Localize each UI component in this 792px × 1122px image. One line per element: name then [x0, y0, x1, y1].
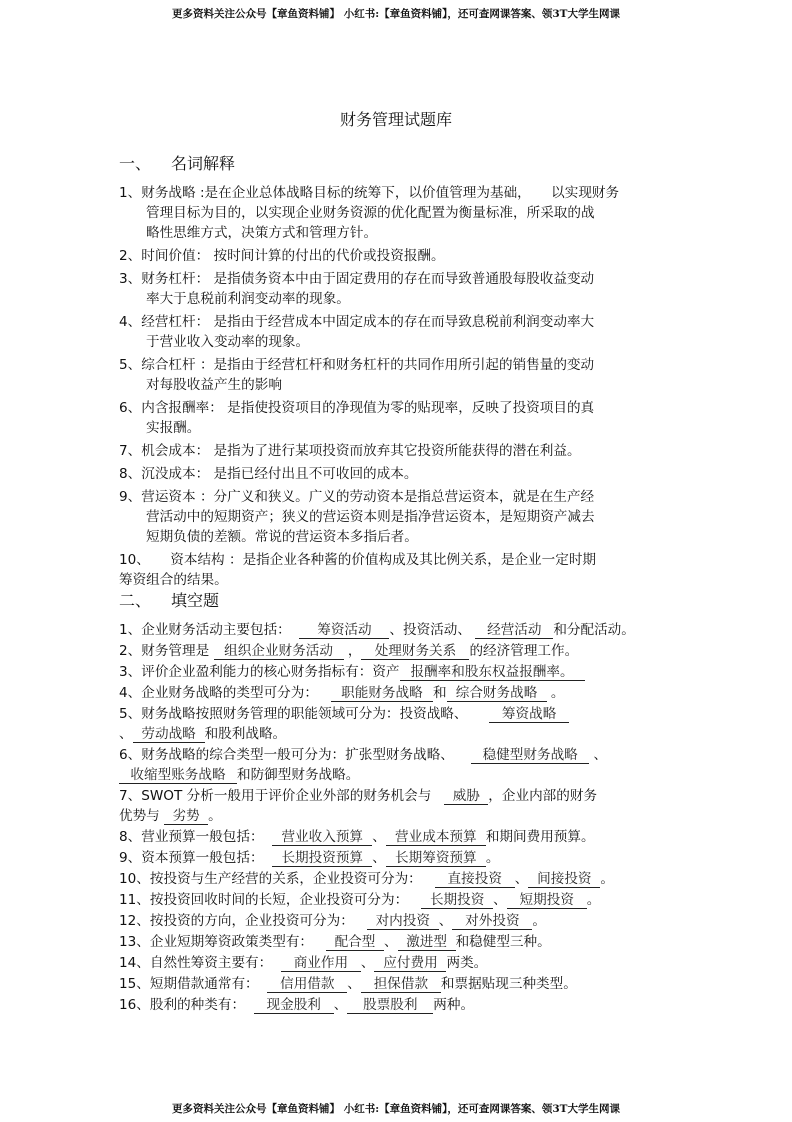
answer-blank: 组织企业财务活动 [214, 643, 344, 660]
question-text: 、 [493, 892, 507, 908]
question-text: ， [344, 643, 362, 659]
question-text: 、 [347, 976, 361, 992]
entry-line: 3、财务杠杆： 是指债务资本中由于固定费用的存在而导致普通股每股收益变动 [119, 269, 679, 289]
fill-blank-question: 10、按投资与生产经营的关系，企业投资可分为： 直接投资、间接投资。 [119, 869, 679, 889]
section-heading-terms: 一、名词解释 [119, 151, 235, 174]
question-text: 的经济管理工作。 [469, 643, 578, 659]
entry-line: 10、 资本结构 ：是指企业各种酱的价值构成及其比例关系，是企业一定时期 [119, 550, 679, 570]
question-text: 5、财务战略按照财务管理的职能领域可分为：投资战略、 [119, 706, 489, 722]
entry-continuation: 略性思维方式，决策方式和管理方针。 [119, 223, 679, 243]
entry-line: 7、机会成本： 是指为了进行某项投资而放弃其它投资所能获得的潜在利益。 [119, 441, 679, 461]
entry-continuation: 筹资组合的结果。 [119, 570, 679, 590]
question-text: 7、SWOT 分析一般用于评价企业外部的财务机会与 [119, 788, 444, 804]
fill-blank-question: 1、企业财务活动主要包括： 筹资活动、投资活动、 经营活动和分配活动。 [119, 620, 679, 640]
answer-blank: 职能财务战略 [331, 685, 433, 702]
fill-blank-question: 3、评价企业盈利能力的核心财务指标有：资产报酬率和股东权益报酬率。 [119, 662, 679, 682]
answer-blank: 营业成本预算 [386, 829, 486, 846]
question-text: 6、财务战略的综合类型一般可分为：扩张型财务战略、 [119, 747, 471, 763]
question-text: 10、按投资与生产经营的关系，企业投资可分为： [119, 871, 435, 887]
question-text: 13、企业短期筹资政策类型有： [119, 934, 326, 950]
question-line: 15、短期借款通常有： 信用借款、担保借款和票据贴现三种类型。 [119, 974, 679, 994]
term-entry: 8、沉没成本： 是指已经付出且不可收回的成本。 [119, 464, 679, 484]
term-entry: 3、财务杠杆： 是指债务资本中由于固定费用的存在而导致普通股每股收益变动率大于息… [119, 269, 679, 309]
question-text: 15、短期借款通常有： [119, 976, 267, 992]
question-continuation: 收缩型账务战略和防御型财务战略。 [119, 765, 679, 785]
entry-continuation: 营活动中的短期资产；狭义的营运资本则是指净营运资本，是短期资产减去 [119, 507, 679, 527]
answer-blank: 筹资战略 [489, 706, 569, 723]
entry-line: 9、营运资本 ：分广义和狭义。广义的劳动资本是指总营运资本，就是在生产经 [119, 487, 679, 507]
fill-blank-question: 7、SWOT 分析一般用于评价企业外部的财务机会与 威胁，企业内部的财务优势与 … [119, 786, 679, 826]
answer-blank: 短期投资 [507, 892, 587, 909]
term-entry: 5、综合杠杆 ：是指由于经营杠杆和财务杠杆的共同作用所引起的销售量的变动对每股收… [119, 355, 679, 395]
question-line: 10、按投资与生产经营的关系，企业投资可分为： 直接投资、间接投资。 [119, 869, 679, 889]
question-text: 16、股利的种类有： [119, 997, 254, 1013]
question-text: 8、营业预算一般包括： [119, 829, 272, 845]
question-line: 2、财务管理是 组织企业财务活动 ，处理财务关系的经济管理工作。 [119, 641, 679, 661]
question-text: 。 [208, 808, 222, 824]
entry-line: 6、内含报酬率： 是指使投资项目的净现值为零的贴现率，反映了投资项目的真 [119, 398, 679, 418]
question-text: 4、企业财务战略的类型可分为： [119, 685, 331, 701]
fill-blank-question: 11、按投资回收时间的长短，企业投资可分为： 长期投资、短期投资。 [119, 890, 679, 910]
answer-blank: 对内投资 [367, 913, 439, 930]
fill-blank-question: 13、企业短期筹资政策类型有： 配合型、激进型和稳健型三种。 [119, 932, 679, 952]
question-text: 9、资本预算一般包括： [119, 850, 272, 866]
question-text: 3、评价企业盈利能力的核心财务指标有：资产 [119, 664, 400, 680]
answer-blank: 劣势 [164, 808, 208, 825]
answer-blank: 处理财务关系 [361, 643, 469, 660]
question-line: 7、SWOT 分析一般用于评价企业外部的财务机会与 威胁，企业内部的财务 [119, 786, 679, 806]
section-label: 填空题 [171, 591, 219, 610]
answer-blank: 直接投资 [435, 871, 515, 888]
answer-blank: 报酬率和股东权益报酬率。 [400, 664, 585, 681]
answer-blank: 威胁 [444, 788, 488, 805]
question-text: 1、企业财务活动主要包括： [119, 622, 299, 638]
question-text: 、 [372, 829, 386, 845]
answer-blank: 信用借款 [267, 976, 347, 993]
question-text: 、 [334, 997, 348, 1013]
question-text: 和股利战略。 [205, 726, 287, 742]
answer-blank: 对外投资 [452, 913, 532, 930]
question-text: 和期间费用预算。 [486, 829, 595, 845]
question-line: 4、企业财务战略的类型可分为： 职能财务战略和综合财务战略 。 [119, 683, 679, 703]
question-text: 。 [532, 913, 546, 929]
answer-blank: 应付费用 [374, 955, 446, 972]
question-text: 12、按投资的方向，企业投资可分为： [119, 913, 367, 929]
term-entry: 4、经营杠杆： 是指由于经营成本中固定成本的存在而导致息税前利润变动率大于营业收… [119, 312, 679, 352]
entry-continuation: 率大于息税前利润变动率的现象。 [119, 289, 679, 309]
answer-blank: 稳健型财务战略 [471, 747, 589, 764]
question-text: 。 [587, 892, 601, 908]
question-text: 、 [361, 955, 375, 971]
term-entry: 10、 资本结构 ：是指企业各种酱的价值构成及其比例关系，是企业一定时期筹资组合… [119, 550, 679, 590]
question-text: 14、自然性筹资主要有： [119, 955, 281, 971]
term-entry: 7、机会成本： 是指为了进行某项投资而放弃其它投资所能获得的潜在利益。 [119, 441, 679, 461]
term-entry: 9、营运资本 ：分广义和狭义。广义的劳动资本是指总营运资本，就是在生产经营活动中… [119, 487, 679, 547]
answer-blank: 长期投资 [421, 892, 493, 909]
question-line: 13、企业短期筹资政策类型有： 配合型、激进型和稳健型三种。 [119, 932, 679, 952]
question-line: 11、按投资回收时间的长短，企业投资可分为： 长期投资、短期投资。 [119, 890, 679, 910]
question-line: 1、企业财务活动主要包括： 筹资活动、投资活动、 经营活动和分配活动。 [119, 620, 679, 640]
term-entry: 1、财务战略 :是在企业总体战略目标的统筹下，以价值管理为基础， 以实现财务管理… [119, 183, 679, 243]
entry-continuation: 实报酬。 [119, 418, 679, 438]
answer-blank: 营业收入预算 [272, 829, 372, 846]
question-line: 8、营业预算一般包括： 营业收入预算、营业成本预算和期间费用预算。 [119, 827, 679, 847]
answer-blank: 现金股利 [254, 997, 334, 1014]
fill-blank-question: 16、股利的种类有： 现金股利、股票股利两种。 [119, 995, 679, 1015]
question-text: 、 [589, 747, 607, 763]
question-text: 。 [547, 685, 565, 701]
question-text: 、 [515, 871, 529, 887]
term-entry: 2、时间价值： 按时间计算的付出的代价或投资报酬。 [119, 246, 679, 266]
question-text: 、 [372, 850, 386, 866]
fill-blank-question: 9、资本预算一般包括： 长期投资预算、长期筹资预算。 [119, 848, 679, 868]
fill-blank-question: 5、财务战略按照财务管理的职能领域可分为：投资战略、 筹资战略、劳动战略和股利战… [119, 704, 679, 744]
answer-blank: 商业作用 [281, 955, 361, 972]
entry-continuation: 于营业收入变动率的现象。 [119, 332, 679, 352]
answer-blank: 长期筹资预算 [386, 850, 486, 867]
question-text: 和 [433, 685, 447, 701]
fill-blank-question: 4、企业财务战略的类型可分为： 职能财务战略和综合财务战略 。 [119, 683, 679, 703]
question-text: ，企业内部的财务 [488, 788, 597, 804]
question-text: 。 [600, 871, 614, 887]
entry-line: 1、财务战略 :是在企业总体战略目标的统筹下，以价值管理为基础， 以实现财务 [119, 183, 679, 203]
answer-blank: 劳动战略 [133, 726, 205, 743]
answer-blank: 经营活动 [475, 622, 553, 639]
question-text: 两类。 [446, 955, 487, 971]
question-text: 优势与 [119, 808, 164, 824]
question-line: 6、财务战略的综合类型一般可分为：扩张型财务战略、 稳健型财务战略 、 [119, 745, 679, 765]
question-line: 5、财务战略按照财务管理的职能领域可分为：投资战略、 筹资战略 [119, 704, 679, 724]
entry-continuation: 对每股收益产生的影响 [119, 375, 679, 395]
question-text: 、 [384, 934, 398, 950]
entry-line: 2、时间价值： 按时间计算的付出的代价或投资报酬。 [119, 246, 679, 266]
answer-blank: 综合财务战略 [447, 685, 547, 702]
fill-blank-question: 8、营业预算一般包括： 营业收入预算、营业成本预算和期间费用预算。 [119, 827, 679, 847]
section-label: 名词解释 [171, 154, 235, 173]
entry-continuation: 短期负债的差额。常说的营运资本多指后者。 [119, 527, 679, 547]
document-title: 财务管理试题库 [0, 107, 792, 130]
question-text: 两种。 [433, 997, 474, 1013]
fill-blank-question: 14、自然性筹资主要有： 商业作用、应付费用两类。 [119, 953, 679, 973]
question-text: 2、财务管理是 [119, 643, 214, 659]
fill-blank-question: 6、财务战略的综合类型一般可分为：扩张型财务战略、 稳健型财务战略 、收缩型账务… [119, 745, 679, 785]
answer-blank: 配合型 [326, 934, 384, 951]
answer-blank: 担保借款 [361, 976, 441, 993]
section-number: 一、 [119, 151, 171, 174]
question-text: 、 [439, 913, 453, 929]
answer-blank: 长期投资预算 [272, 850, 372, 867]
fill-blank-question: 15、短期借款通常有： 信用借款、担保借款和票据贴现三种类型。 [119, 974, 679, 994]
question-continuation: 、劳动战略和股利战略。 [119, 724, 679, 744]
section-number: 二、 [119, 588, 171, 611]
answer-blank: 收缩型账务战略 [119, 767, 237, 784]
question-text: 、投资活动、 [389, 622, 475, 638]
entry-line: 4、经营杠杆： 是指由于经营成本中固定成本的存在而导致息税前利润变动率大 [119, 312, 679, 332]
answer-blank: 筹资活动 [299, 622, 389, 639]
footer-banner: 更多资料关注公众号【章鱼资料铺】 小红书:【章鱼资料铺】，还可查网课答案、领3T… [0, 1101, 792, 1116]
header-banner: 更多资料关注公众号【章鱼资料铺】 小红书:【章鱼资料铺】，还可查网课答案、领3T… [0, 6, 792, 21]
fill-blank-question: 2、财务管理是 组织企业财务活动 ，处理财务关系的经济管理工作。 [119, 641, 679, 661]
answer-blank: 股票股利 [347, 997, 433, 1014]
question-line: 16、股利的种类有： 现金股利、股票股利两种。 [119, 995, 679, 1015]
question-text: 。 [486, 850, 500, 866]
question-text: 、 [119, 726, 133, 742]
entry-line: 5、综合杠杆 ：是指由于经营杠杆和财务杠杆的共同作用所引起的销售量的变动 [119, 355, 679, 375]
answer-blank: 间接投资 [528, 871, 600, 888]
question-line: 9、资本预算一般包括： 长期投资预算、长期筹资预算。 [119, 848, 679, 868]
question-line: 12、按投资的方向，企业投资可分为： 对内投资、对外投资。 [119, 911, 679, 931]
question-text: 和票据贴现三种类型。 [441, 976, 577, 992]
term-entry: 6、内含报酬率： 是指使投资项目的净现值为零的贴现率，反映了投资项目的真实报酬。 [119, 398, 679, 438]
question-text: 和防御型财务战略。 [237, 767, 359, 783]
question-text: 11、按投资回收时间的长短，企业投资可分为： [119, 892, 421, 908]
entry-line: 8、沉没成本： 是指已经付出且不可收回的成本。 [119, 464, 679, 484]
question-line: 14、自然性筹资主要有： 商业作用、应付费用两类。 [119, 953, 679, 973]
question-text: 和分配活动。 [553, 622, 635, 638]
answer-blank: 激进型 [398, 934, 456, 951]
fill-blank-question: 12、按投资的方向，企业投资可分为： 对内投资、对外投资。 [119, 911, 679, 931]
fill-blank-list: 1、企业财务活动主要包括： 筹资活动、投资活动、 经营活动和分配活动。2、财务管… [119, 620, 679, 1016]
question-continuation: 优势与 劣势。 [119, 806, 679, 826]
section-heading-fill-blank: 二、填空题 [119, 588, 219, 611]
question-text: 和稳健型三种。 [456, 934, 551, 950]
question-line: 3、评价企业盈利能力的核心财务指标有：资产报酬率和股东权益报酬率。 [119, 662, 679, 682]
entry-continuation: 管理目标为目的，以实现企业财务资源的优化配置为衡量标准，所采取的战 [119, 203, 679, 223]
term-definitions-list: 1、财务战略 :是在企业总体战略目标的统筹下，以价值管理为基础， 以实现财务管理… [119, 183, 679, 593]
